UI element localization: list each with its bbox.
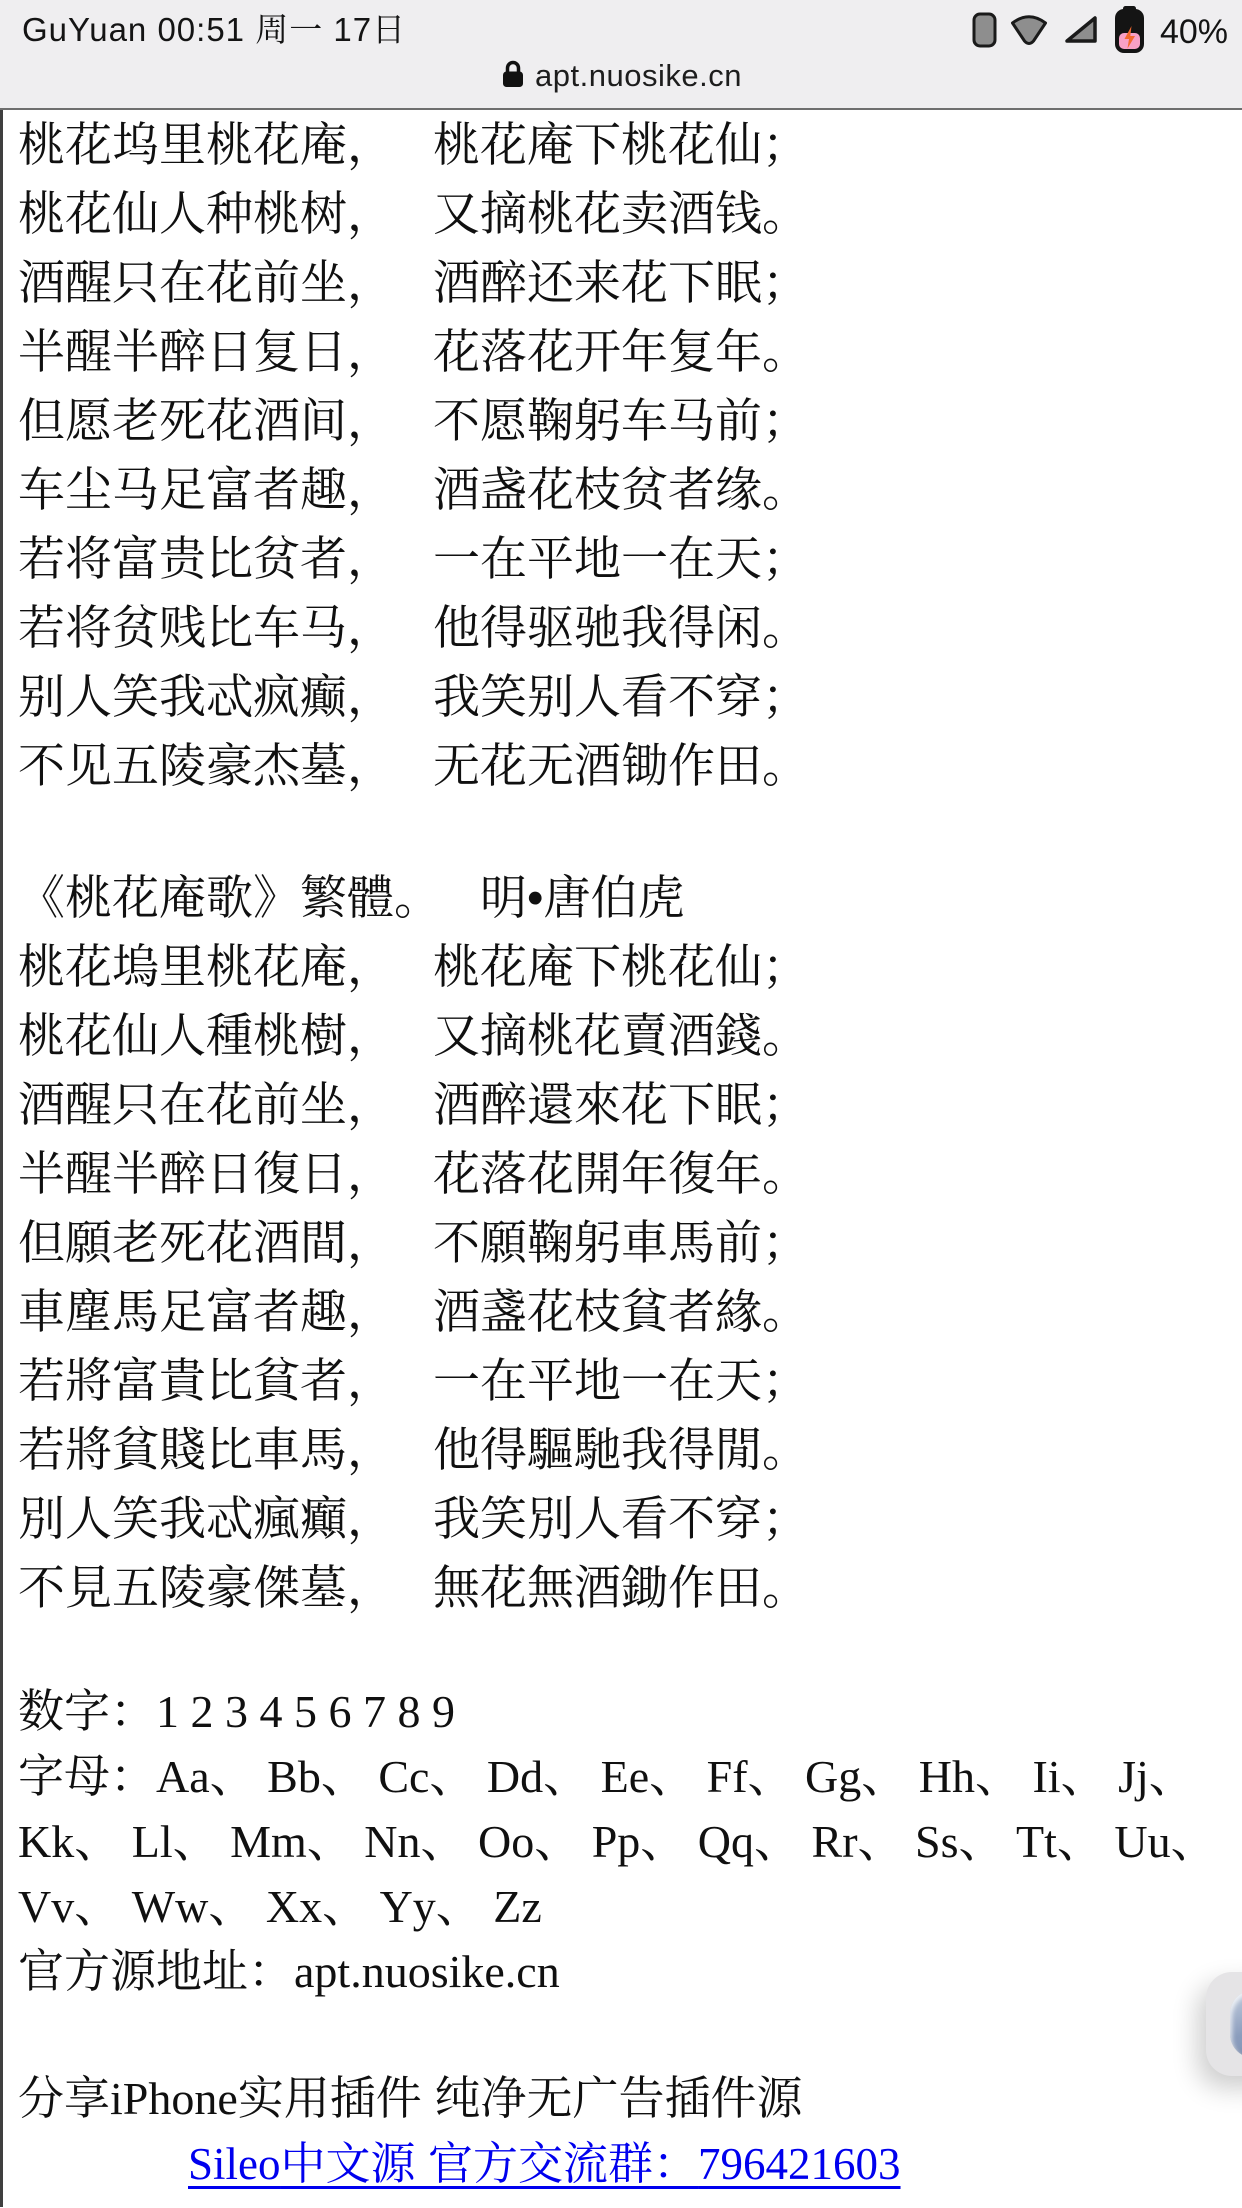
official-source-row: 官方源地址：apt.nuosike.cn bbox=[18, 1939, 1242, 2004]
battery-charging-icon bbox=[1113, 6, 1146, 59]
poem-line: 若将贫贱比车马， 他得驱驰我得闲。 bbox=[18, 593, 1242, 662]
poem-line: 车尘马足富者趣， 酒盏花枝贫者缘。 bbox=[18, 455, 1242, 524]
poem-simplified: 桃花坞里桃花庵， 桃花庵下桃花仙； 桃花仙人种桃树， 又摘桃花卖酒钱。 酒醒只在… bbox=[18, 110, 1242, 800]
share-text: 实用插件 纯净无广告插件源 bbox=[238, 2072, 803, 2124]
poem-line: 不见五陵豪杰墓， 无花无酒锄作田。 bbox=[18, 731, 1242, 800]
poem-line: 桃花坞里桃花庵， 桃花庵下桃花仙； bbox=[18, 110, 1242, 179]
poem-line: 桃花仙人种桃树， 又摘桃花卖酒钱。 bbox=[18, 179, 1242, 248]
official-source-url: apt.nuosike.cn bbox=[294, 1946, 560, 1997]
poem-line: 但願老死花酒間， 不願鞠躬車馬前； bbox=[18, 1208, 1242, 1277]
group-link-row: Sileo中文源 官方交流群：796421603 bbox=[188, 2131, 1242, 2207]
browser-header: GuYuan 00:51 周一 17日 bbox=[0, 0, 1242, 110]
poem-traditional-title: 《桃花庵歌》繁體。 明•唐伯虎 bbox=[18, 863, 1242, 932]
status-carrier-time-date: GuYuan 00:51 周一 17日 bbox=[22, 4, 406, 51]
poem-line: 不見五陵豪傑墓， 無花無酒鋤作田。 bbox=[18, 1553, 1242, 1622]
letters-row-3: Vv、 Ww、 Xx、 Yy、 Zz bbox=[18, 1874, 1242, 1939]
status-icons: 40% bbox=[972, 4, 1228, 59]
share-brand: iPhone bbox=[110, 2073, 238, 2124]
letters-label: 字母： bbox=[18, 1750, 156, 1802]
numbers-row: 数字：1 2 3 4 5 6 7 8 9 bbox=[18, 1679, 1242, 1744]
floating-assistive-button[interactable] bbox=[1206, 1972, 1242, 2076]
source-info-section: 数字：1 2 3 4 5 6 7 8 9 字母：Aa、 Bb、 Cc、 Dd、 … bbox=[18, 1679, 1242, 2004]
poem-line: 别人笑我忒疯癫， 我笑别人看不穿； bbox=[18, 662, 1242, 731]
share-description: 分享iPhone实用插件 纯净无广告插件源 bbox=[18, 2066, 1242, 2131]
letters-value: Aa、 Bb、 Cc、 Dd、 Ee、 Ff、 Gg、 Hh、 Ii、 Jj、 bbox=[156, 1751, 1195, 1802]
letters-row-2: Kk、 Ll、 Mm、 Nn、 Oo、 Pp、 Qq、 Rr、 Ss、 Tt、 … bbox=[18, 1809, 1242, 1874]
official-source-label: 官方源地址： bbox=[18, 1945, 294, 1997]
poem-line: 車塵馬足富者趣， 酒盞花枝貧者緣。 bbox=[18, 1277, 1242, 1346]
link-brand: Sileo bbox=[188, 2139, 281, 2189]
pill-capsule-icon bbox=[1230, 1990, 1242, 2058]
wifi-icon bbox=[1009, 13, 1049, 52]
share-text: 分享 bbox=[18, 2072, 110, 2124]
cellular-signal-icon bbox=[1061, 14, 1101, 51]
letters-row-1: 字母：Aa、 Bb、 Cc、 Dd、 Ee、 Ff、 Gg、 Hh、 Ii、 J… bbox=[18, 1744, 1242, 1809]
share-section: 分享iPhone实用插件 纯净无广告插件源 Sileo中文源 官方交流群：796… bbox=[18, 2066, 1242, 2207]
poem-line: 桃花塢里桃花庵， 桃花庵下桃花仙； bbox=[18, 932, 1242, 1001]
poem-line: 酒醒只在花前坐， 酒醉还来花下眠； bbox=[18, 248, 1242, 317]
url-text: apt.nuosike.cn bbox=[535, 58, 742, 94]
link-group-number: 796421603 bbox=[698, 2139, 901, 2189]
poem-line: 若將富貴比貧者， 一在平地一在天； bbox=[18, 1346, 1242, 1415]
status-bar: GuYuan 00:51 周一 17日 bbox=[0, 0, 1242, 50]
sileo-qq-group-link[interactable]: Sileo中文源 官方交流群：796421603 bbox=[188, 2139, 901, 2189]
letters-value: Vv、 Ww、 Xx、 Yy、 Zz bbox=[18, 1881, 542, 1932]
poem-line: 別人笑我忒瘋癲， 我笑別人看不穿； bbox=[18, 1484, 1242, 1553]
poem-line: 酒醒只在花前坐， 酒醉還來花下眠； bbox=[18, 1070, 1242, 1139]
poem-line: 但愿老死花酒间， 不愿鞠躬车马前； bbox=[18, 386, 1242, 455]
poem-line: 桃花仙人種桃樹， 又摘桃花賣酒錢。 bbox=[18, 1001, 1242, 1070]
poem-line: 半醒半醉日復日， 花落花開年復年。 bbox=[18, 1139, 1242, 1208]
letters-value: Kk、 Ll、 Mm、 Nn、 Oo、 Pp、 Qq、 Rr、 Ss、 Tt、 … bbox=[18, 1816, 1217, 1867]
battery-percent-label: 40% bbox=[1160, 13, 1228, 52]
numbers-label: 数字： bbox=[18, 1685, 156, 1737]
lock-icon bbox=[500, 59, 526, 94]
poem-line: 若将富贵比贫者， 一在平地一在天； bbox=[18, 524, 1242, 593]
numbers-value: 1 2 3 4 5 6 7 8 9 bbox=[156, 1686, 455, 1737]
poem-traditional: 《桃花庵歌》繁體。 明•唐伯虎 桃花塢里桃花庵， 桃花庵下桃花仙； 桃花仙人種桃… bbox=[18, 863, 1242, 1622]
poem-line: 半醒半醉日复日， 花落花开年复年。 bbox=[18, 317, 1242, 386]
page-content: 桃花坞里桃花庵， 桃花庵下桃花仙； 桃花仙人种桃树， 又摘桃花卖酒钱。 酒醒只在… bbox=[0, 110, 1242, 2207]
link-text: 中文源 官方交流群： bbox=[281, 2138, 699, 2189]
poem-line: 若將貧賤比車馬， 他得驅馳我得閒。 bbox=[18, 1415, 1242, 1484]
safari-mobile-page: GuYuan 00:51 周一 17日 bbox=[0, 0, 1242, 2208]
device-icon bbox=[972, 12, 997, 53]
